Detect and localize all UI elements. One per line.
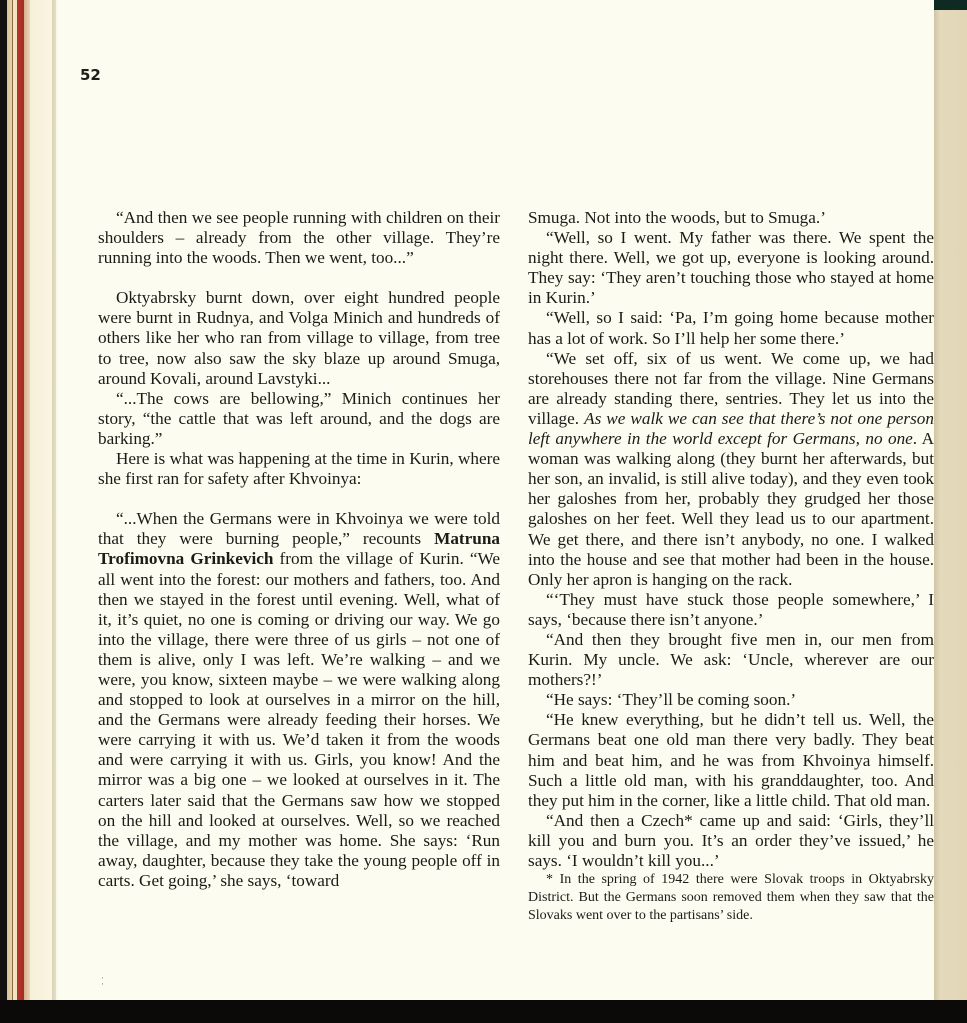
- continued-text: Smuga. Not into the woods, but to Smuga.…: [528, 208, 934, 228]
- book-spine-edge: [0, 0, 60, 1000]
- facing-page-top-shadow: [934, 0, 967, 10]
- paragraph: Here is what was happening at the time i…: [98, 449, 500, 489]
- facing-page-edge: [934, 0, 967, 1000]
- paragraph: Oktyabrsky burnt down, over eight hundre…: [98, 288, 500, 388]
- paragraph: “Well, so I said: ‘Pa, I’m going home be…: [528, 308, 934, 348]
- opening-quote: “And then we see people running with chi…: [98, 208, 500, 268]
- paragraph: “And then they brought five men in, our …: [528, 630, 934, 690]
- italic-emphasis: As we walk we can see that there’s not o…: [528, 409, 934, 448]
- right-column: Smuga. Not into the woods, but to Smuga.…: [528, 208, 934, 925]
- scan-artifact: ··: [101, 975, 104, 987]
- text-segment: . A woman was walking along (they burnt …: [528, 429, 934, 589]
- testimony-body: from the village of Kurin. “We all went …: [98, 549, 500, 890]
- paragraph: “‘They must have stuck those people some…: [528, 590, 934, 630]
- paragraph: “He knew everything, but he didn’t tell …: [528, 710, 934, 810]
- page-number: 52: [80, 66, 101, 84]
- scan-bottom-shadow: [0, 1000, 967, 1023]
- paragraph-with-italic: “We set off, six of us went. We come up,…: [528, 349, 934, 590]
- paragraph: “Well, so I went. My father was there. W…: [528, 228, 934, 308]
- testimony-paragraph: “...When the Germans were in Khvoinya we…: [98, 509, 500, 891]
- paragraph: “And then a Czech* came up and said: ‘Gi…: [528, 811, 934, 871]
- paragraph: “...The cows are bellowing,” Minich cont…: [98, 389, 500, 449]
- paragraph: “He says: ‘They’ll be coming soon.’: [528, 690, 934, 710]
- left-column: “And then we see people running with chi…: [98, 208, 500, 891]
- footnote: * In the spring of 1942 there were Slova…: [528, 871, 934, 925]
